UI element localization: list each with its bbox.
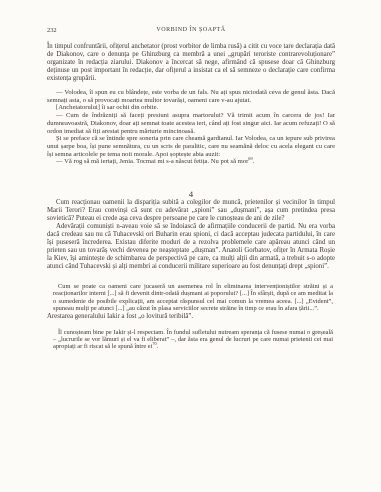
section-number: 4 xyxy=(47,189,335,199)
quote-text-end: . xyxy=(157,343,159,350)
block-quote-gorbatov: Cum se poate ca oameni care jucaseră un … xyxy=(53,283,333,313)
page-header: 232 VORBIND ÎN ȘOAPTĂ xyxy=(47,26,335,35)
paragraph-confrontation: În timpul confruntării, ofițerul ancheta… xyxy=(47,43,335,83)
dialogue-line: — Volodea, îi spun eu cu blândețe, este … xyxy=(47,89,335,104)
dialogue-block: — Volodea, îi spun eu cu blândețe, este … xyxy=(47,89,335,166)
running-title: VORBIND ÎN ȘOAPTĂ xyxy=(47,26,335,35)
paragraph-reactions: Cum reacționau oamenii la dispariția sub… xyxy=(47,199,335,223)
block-quote-iakir: Îl cunoșteam bine pe Iakir și-l respecta… xyxy=(53,329,333,351)
dialogue-text: — Vă rog să mă iertați, Jenia. Tocmai mi… xyxy=(56,158,248,165)
paragraph-communists: Adevărații comuniști n-aveau voie să se … xyxy=(47,223,335,271)
dialogue-line: Și se preface că se întinde spre soneria… xyxy=(47,135,335,158)
dialogue-line: — Cum de îndrăzniți să faceți presiuni a… xyxy=(47,112,335,135)
paragraph-iakir: Arestarea generalului Iakir a fost „o lo… xyxy=(47,313,335,321)
book-page: 232 VORBIND ÎN ȘOAPTĂ În timpul confrunt… xyxy=(0,0,381,492)
quote-text: Îl cunoșteam bine pe Iakir și-l respecta… xyxy=(53,329,333,351)
dialogue-line-with-footnote: — Vă rog să mă iertați, Jenia. Tocmai mi… xyxy=(47,158,335,166)
dialogue-text-end: . xyxy=(253,158,255,165)
dialogue-line: [Anchetatorului] îi sar ochii din orbite… xyxy=(47,104,335,112)
